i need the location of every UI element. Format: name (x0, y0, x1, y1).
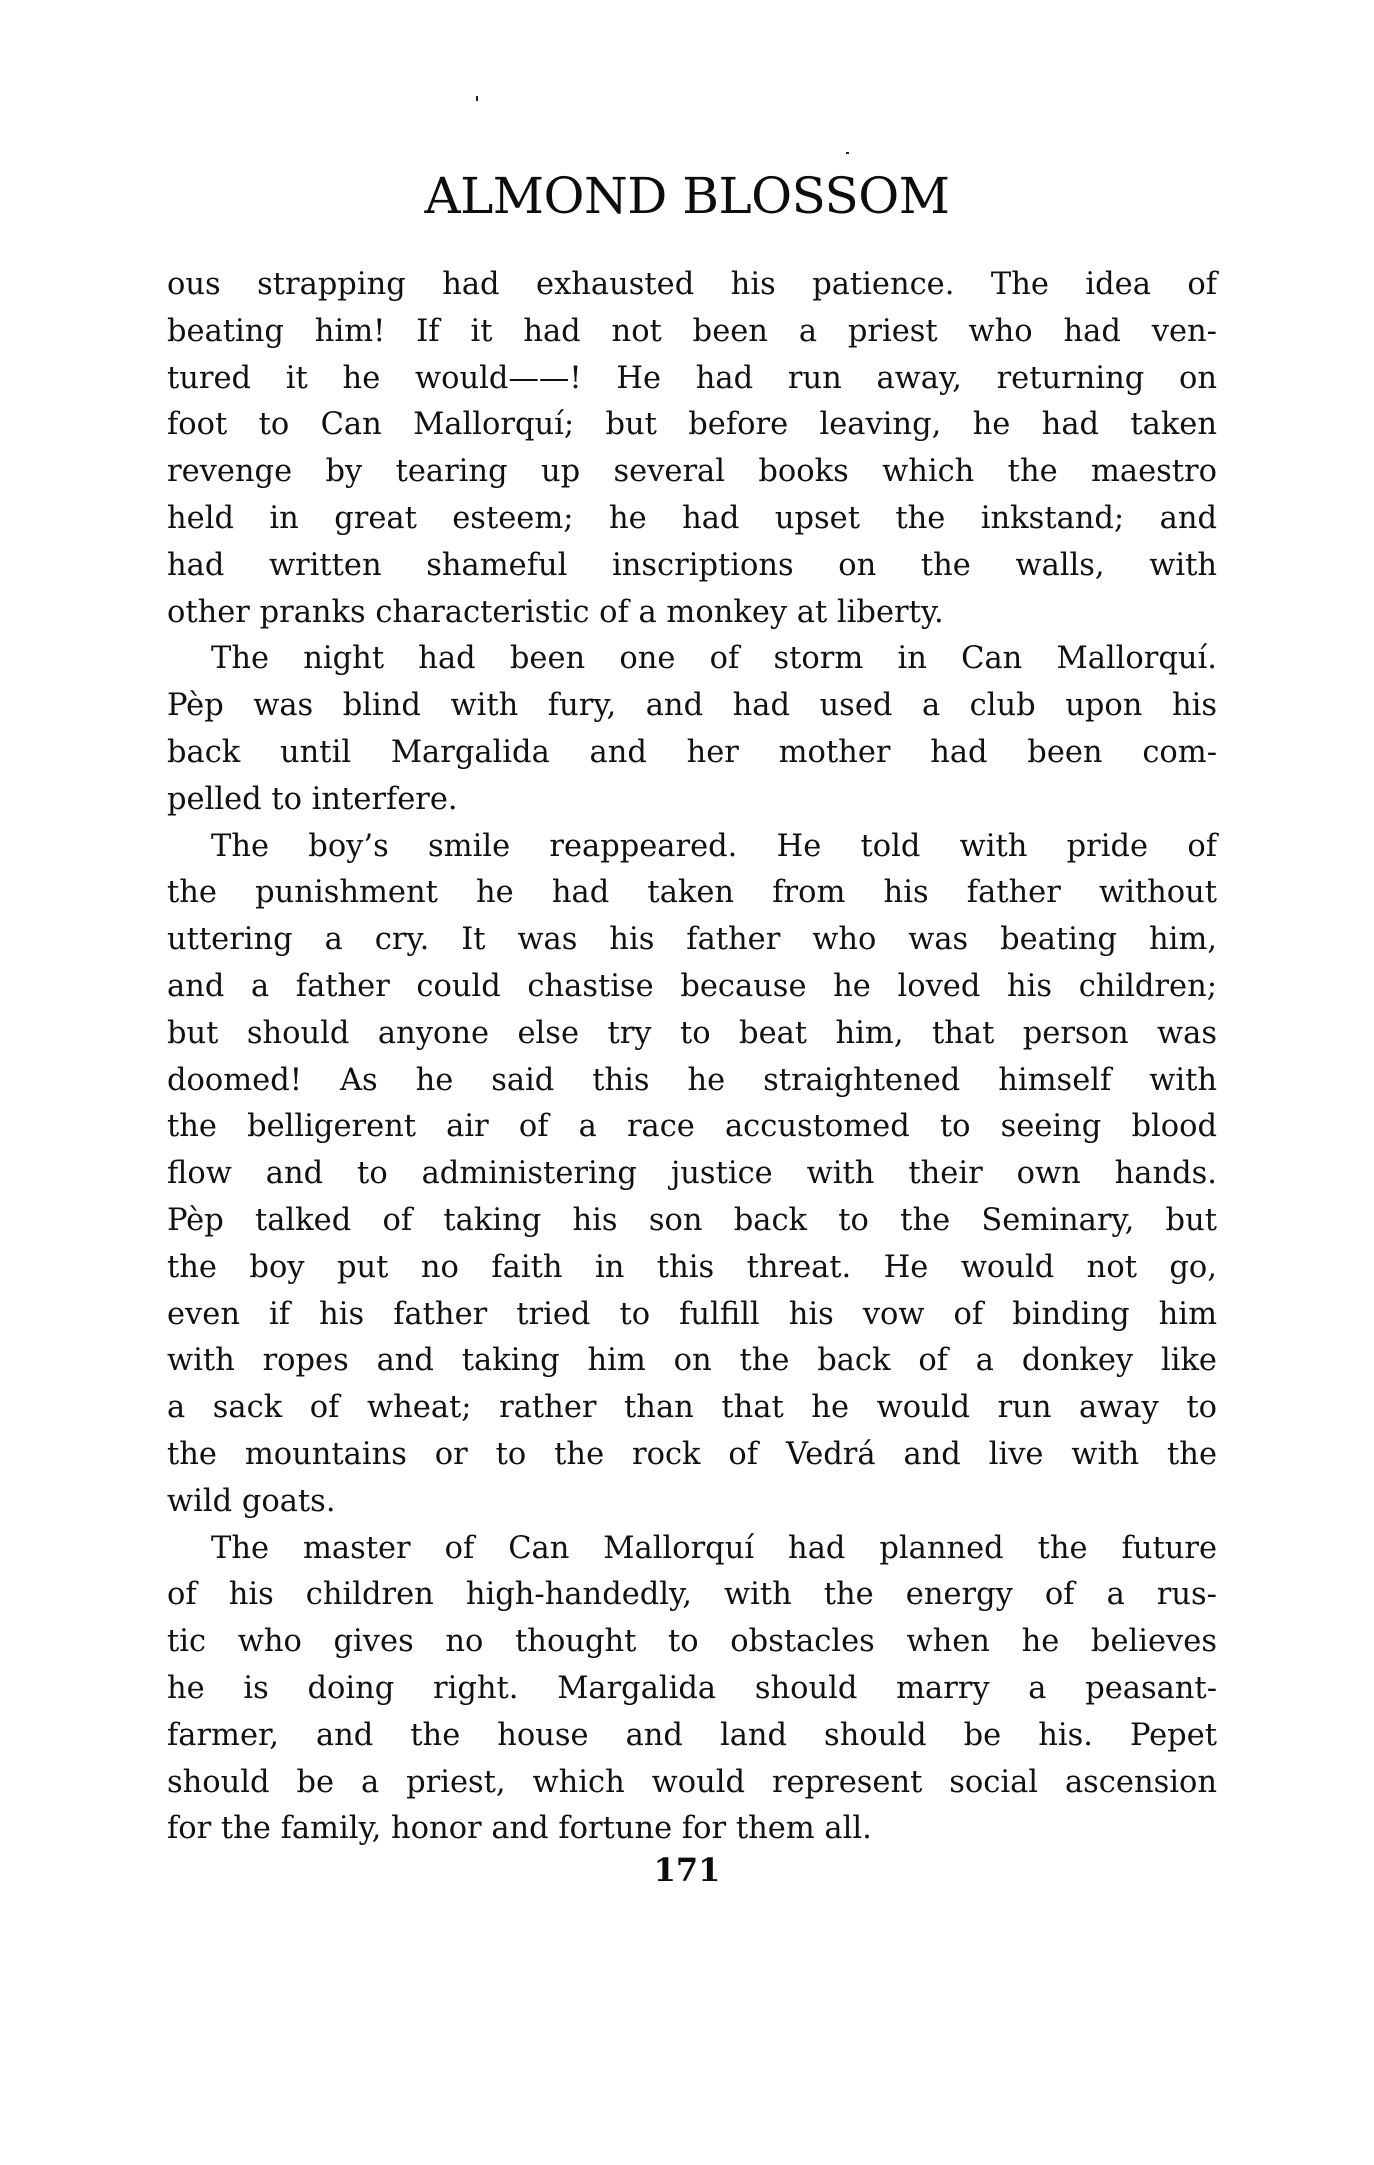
text-line: revenge by tearing up several books whic… (167, 449, 1217, 496)
text-line: uttering a cry. It was his father who wa… (167, 917, 1217, 964)
text-line: The master of Can Mallorquí had planned … (167, 1526, 1217, 1573)
text-line: the mountains or to the rock of Vedrá an… (167, 1432, 1217, 1479)
text-line: the punishment he had taken from his fat… (167, 870, 1217, 917)
text-line: and a father could chastise because he l… (167, 964, 1217, 1011)
text-line: The boy’s smile reappeared. He told with… (167, 824, 1217, 871)
text-line: with ropes and taking him on the back of… (167, 1338, 1217, 1385)
text-line: of his children high-handedly, with the … (167, 1572, 1217, 1619)
text-line: The night had been one of storm in Can M… (167, 636, 1217, 683)
page-number: 171 (0, 1850, 1374, 1890)
paragraph-1-continued: ous strapping had exhausted his patience… (167, 262, 1217, 636)
text-line: flow and to administering justice with t… (167, 1151, 1217, 1198)
text-line: back until Margalida and her mother had … (167, 730, 1217, 777)
text-line: had written shameful inscriptions on the… (167, 543, 1217, 590)
text-line: beating him! If it had not been a priest… (167, 309, 1217, 356)
paragraph-3: The boy’s smile reappeared. He told with… (167, 824, 1217, 1526)
scan-speck (846, 152, 849, 154)
text-line: the boy put no faith in this threat. He … (167, 1245, 1217, 1292)
text-line: farmer, and the house and land should be… (167, 1713, 1217, 1760)
text-line: even if his father tried to fulfill his … (167, 1292, 1217, 1339)
text-line: a sack of wheat; rather than that he wou… (167, 1385, 1217, 1432)
scan-speck (476, 96, 478, 101)
text-line: held in great esteem; he had upset the i… (167, 496, 1217, 543)
text-line: for the family, honor and fortune for th… (167, 1806, 1217, 1853)
text-line: ous strapping had exhausted his patience… (167, 262, 1217, 309)
paragraph-4: The master of Can Mallorquí had planned … (167, 1526, 1217, 1854)
text-line: the belligerent air of a race accustomed… (167, 1104, 1217, 1151)
text-line: doomed! As he said this he straightened … (167, 1058, 1217, 1105)
paragraph-2: The night had been one of storm in Can M… (167, 636, 1217, 823)
text-line: pelled to interfere. (167, 777, 1217, 824)
book-page: ALMOND BLOSSOM ous strapping had exhaust… (0, 0, 1374, 2165)
text-line: wild goats. (167, 1479, 1217, 1526)
text-line: but should anyone else try to beat him, … (167, 1011, 1217, 1058)
text-line: foot to Can Mallorquí; but before leavin… (167, 402, 1217, 449)
text-line: other pranks characteristic of a monkey … (167, 590, 1217, 637)
text-line: Pèp talked of taking his son back to the… (167, 1198, 1217, 1245)
text-line: tured it he would——! He had run away, re… (167, 356, 1217, 403)
running-head-title: ALMOND BLOSSOM (0, 166, 1374, 226)
text-line: should be a priest, which would represen… (167, 1760, 1217, 1807)
body-text: ous strapping had exhausted his patience… (167, 262, 1217, 1853)
text-line: tic who gives no thought to obstacles wh… (167, 1619, 1217, 1666)
text-line: Pèp was blind with fury, and had used a … (167, 683, 1217, 730)
text-line: he is doing right. Margalida should marr… (167, 1666, 1217, 1713)
